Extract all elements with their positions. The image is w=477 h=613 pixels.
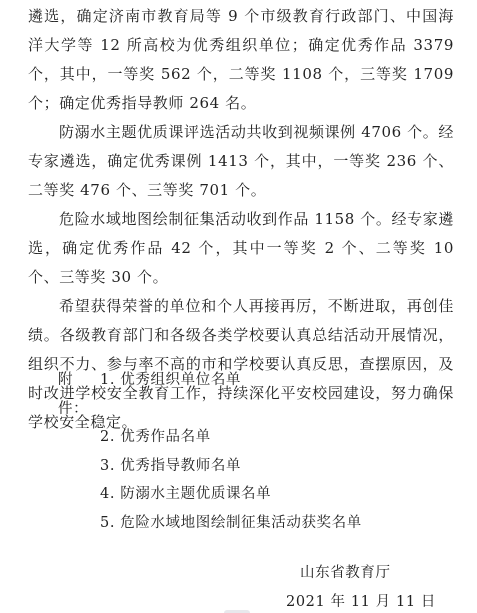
attachment-item: 2. 优秀作品名单 bbox=[100, 423, 211, 452]
attachment-item: 3. 优秀指导教师名单 bbox=[100, 452, 241, 481]
paragraph-awards-summary: 遴选，确定济南市教育局等 9 个市级教育行政部门、中国海洋大学等 12 所高校为… bbox=[28, 2, 454, 118]
paragraph-water-map: 危险水域地图绘制征集活动收到作品 1158 个。经专家遴选，确定优秀作品 42 … bbox=[28, 205, 454, 292]
attachments-label: 附件： bbox=[58, 366, 100, 423]
attachments-list: 附件：1. 优秀组织单位名单 2. 优秀作品名单 3. 优秀指导教师名单 4. … bbox=[58, 366, 362, 537]
signature-issuer: 山东省教育厅 bbox=[300, 561, 391, 582]
attachment-item: 4. 防溺水主题优质课名单 bbox=[100, 480, 271, 509]
attachment-item: 5. 危险水域地图绘制征集活动获奖名单 bbox=[100, 509, 362, 538]
signature-date: 2021 年 11 月 11 日 bbox=[286, 590, 436, 611]
paragraph-drowning-lessons: 防溺水主题优质课评选活动共收到视频课例 4706 个。经专家遴选，确定优秀课例 … bbox=[28, 118, 454, 205]
attachment-item: 1. 优秀组织单位名单 bbox=[100, 366, 241, 423]
